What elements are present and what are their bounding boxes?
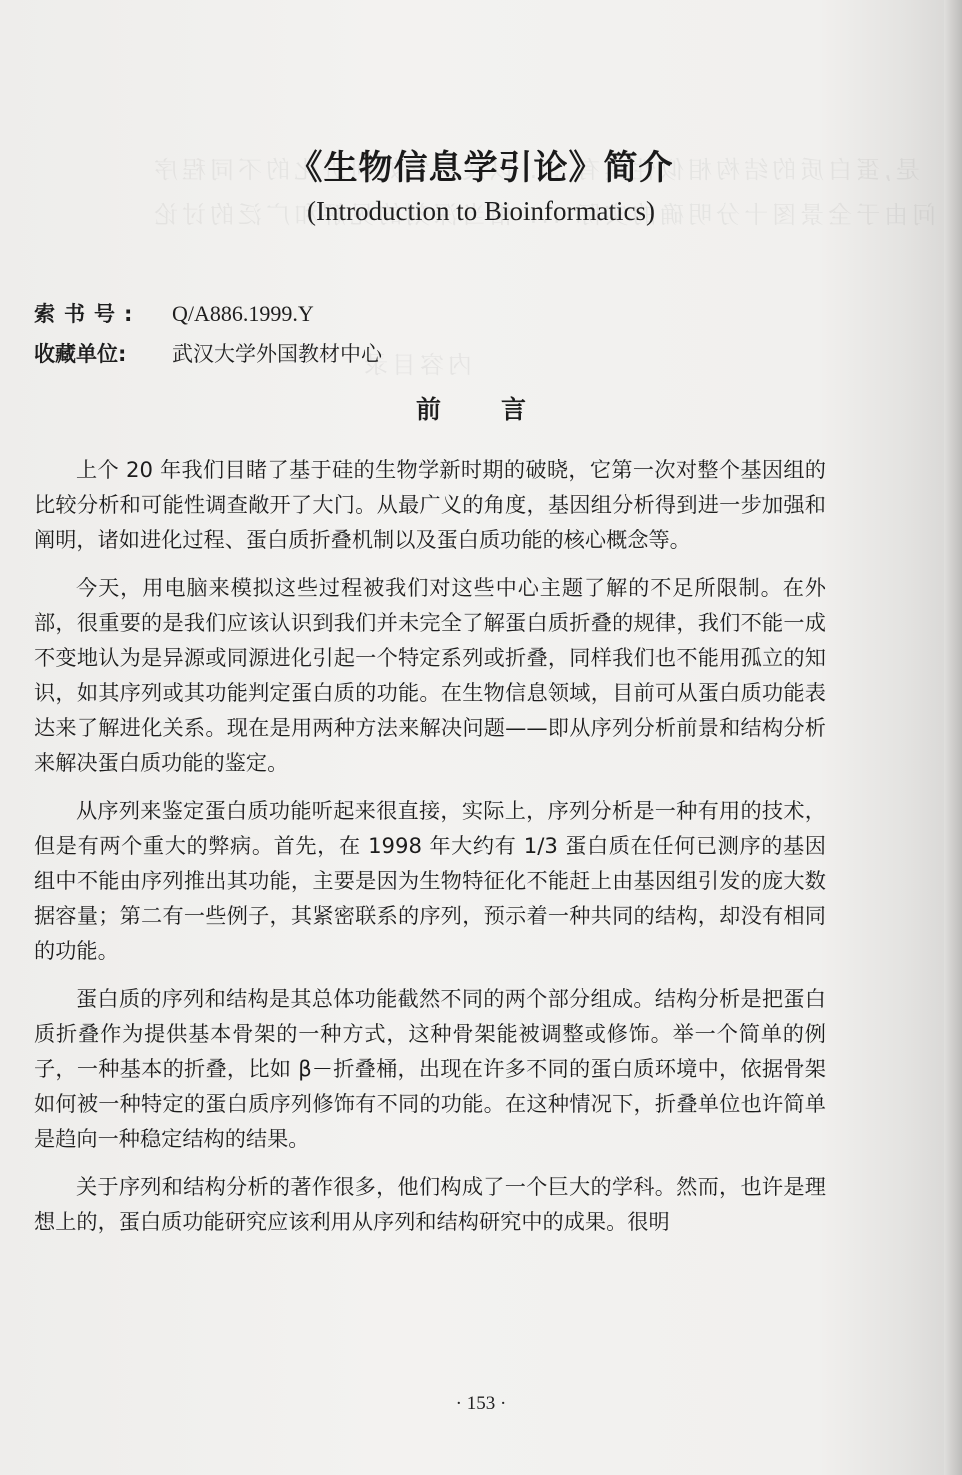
section-heading-preface: 前言 (0, 390, 962, 426)
paragraph: 从序列来鉴定蛋白质功能听起来很直接，实际上，序列分析是一种有用的技术，但是有两个… (34, 793, 826, 968)
call-number-value: Q/A886.1999.Y (172, 301, 314, 326)
paragraph: 关于序列和结构分析的著作很多，他们构成了一个巨大的学科。然而，也许是理想上的，蛋… (34, 1169, 826, 1239)
collection-unit-label: 收藏单位: (34, 338, 172, 368)
page-number: · 153 · (0, 1393, 962, 1415)
document-subtitle: (Introduction to Bioinformatics) (0, 196, 962, 227)
paragraph: 上个 20 年我们目睹了基于硅的生物学新时期的破晓，它第一次对整个基因组的比较分… (34, 452, 826, 557)
call-number-label: 索书号: (34, 298, 172, 328)
collection-unit-row: 收藏单位:武汉大学外国教材中心 (34, 338, 382, 368)
call-number-row: 索书号:Q/A886.1999.Y (34, 298, 314, 328)
document-title: 《生物信息学引论》简介 (0, 140, 962, 189)
body-text: 上个 20 年我们目睹了基于硅的生物学新时期的破晓，它第一次对整个基因组的比较分… (34, 452, 826, 1252)
paragraph: 蛋白质的序列和结构是其总体功能截然不同的两个部分组成。结构分析是把蛋白质折叠作为… (34, 981, 826, 1156)
paragraph: 今天，用电脑来模拟这些过程被我们对这些中心主题了解的不足所限制。在外部，很重要的… (34, 570, 826, 780)
scanned-page: 是,蛋白质的结构相似性具有 ... 以及对它如何进化的不同程序 问由于全景图十分… (0, 0, 962, 1475)
collection-unit-value: 武汉大学外国教材中心 (172, 342, 382, 366)
